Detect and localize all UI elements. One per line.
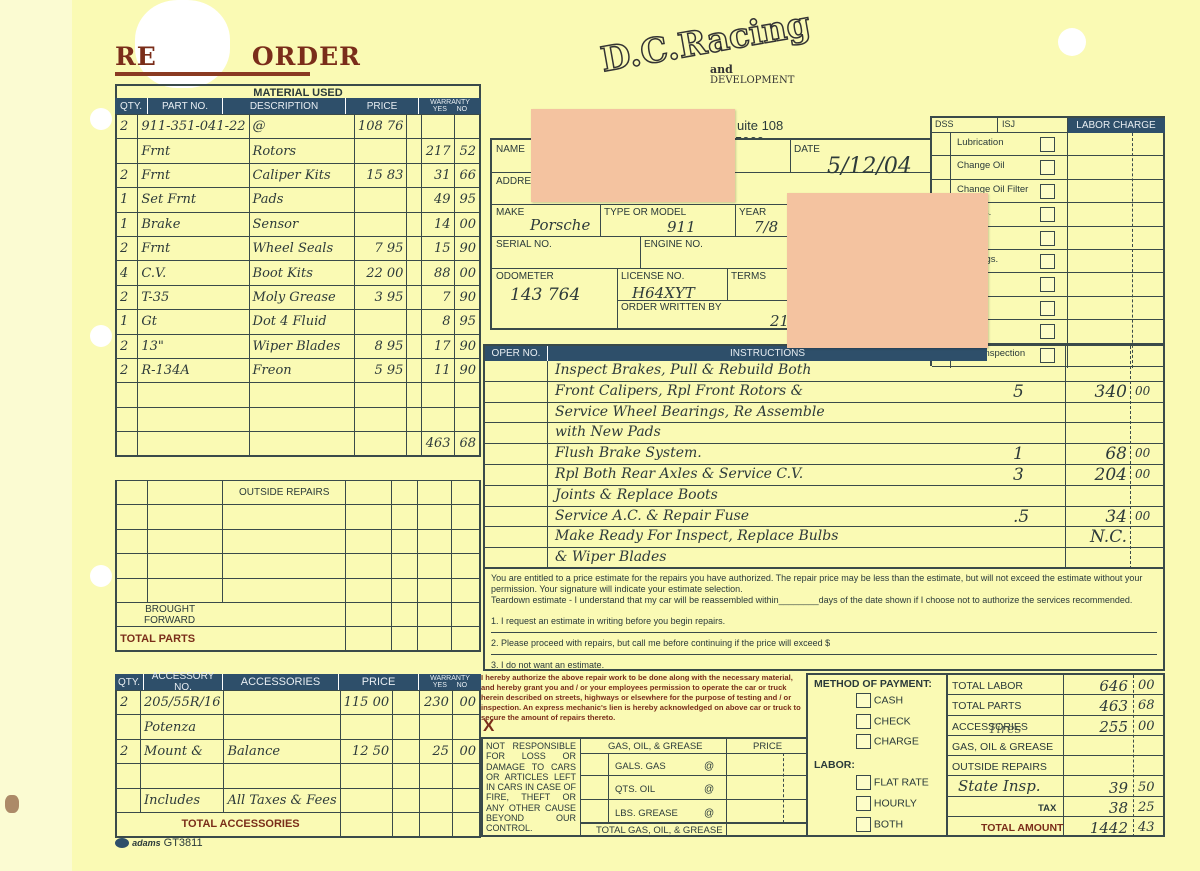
title-underline (115, 72, 310, 76)
material-amount-cents (454, 407, 480, 431)
material-price: 5 95 (354, 358, 407, 382)
shop-logo: D.C.Racing and DEVELOPMENT (600, 25, 780, 105)
material-qty (116, 383, 138, 407)
material-amount-cents: 68 (454, 432, 480, 456)
material-amount-cents (454, 115, 480, 139)
gas-row: GALS. GAS@ (580, 753, 808, 776)
labor-charge-header: LABOR CHARGE (1067, 118, 1165, 133)
totals-cents: 25 (1138, 800, 1155, 815)
labor-cents: 00 (1135, 467, 1150, 481)
material-price (354, 139, 407, 163)
accessory-accessories: Balance (224, 739, 340, 763)
material-description: Moly Grease (249, 285, 354, 309)
material-part-no: Frnt (138, 163, 249, 187)
totals-value: 38 (1068, 799, 1128, 817)
signature-x-mark[interactable]: X (483, 716, 494, 736)
accessory-price (340, 788, 393, 812)
labor-type-checkbox[interactable] (856, 775, 871, 790)
material-qty (116, 432, 138, 456)
outside-repairs-label: OUTSIDE REPAIRS (223, 481, 346, 505)
instruction-line: Rpl Both Rear Axles & Service C.V. 3 204… (485, 465, 1163, 486)
accessory-amount-cents: 00 (452, 739, 480, 763)
material-amount-cents: 90 (454, 285, 480, 309)
labor-type-checkbox[interactable] (856, 796, 871, 811)
checklist-checkbox[interactable] (1040, 301, 1055, 316)
material-description: Wheel Seals (249, 236, 354, 260)
instruction-line: Make Ready For Inspect, Replace Bulbs N.… (485, 527, 1163, 548)
accessory-row: 2Mount &Balance12 502500 (116, 739, 480, 763)
redaction-sticky-1 (531, 109, 735, 202)
form-footer: adams GT3811 (115, 837, 203, 849)
total-accessories-label: TOTAL ACCESSORIES (116, 812, 340, 836)
totals-row: ACCESSORIES Tires 255 00 (948, 716, 1163, 736)
accessory-acc-no: Potenza (141, 715, 224, 739)
labor-hours: 3 (1013, 465, 1024, 485)
make-value: Porsche (530, 216, 590, 234)
material-amount: 8 (421, 310, 454, 334)
odometer-value: 143 764 (510, 285, 580, 305)
payment-checkbox[interactable] (856, 693, 871, 708)
accessory-amount: 230 (419, 691, 452, 715)
totals-cents: 50 (1138, 780, 1155, 795)
material-description: Boot Kits (249, 261, 354, 285)
labor-hours: 5 (1013, 382, 1024, 402)
material-part-no: T-35 (138, 285, 249, 309)
totals-cents: 00 (1138, 719, 1155, 734)
material-qty: 2 (116, 358, 138, 382)
totals-value: 1442 (1068, 819, 1128, 837)
material-part-no: Gt (138, 310, 249, 334)
accessory-qty: 2 (116, 739, 141, 763)
material-amount: 463 (421, 432, 454, 456)
labor-charge: 34 (1075, 507, 1127, 527)
accessory-accessories (224, 764, 340, 788)
material-row: 1GtDot 4 Fluid895 (116, 310, 480, 334)
material-description: Wiper Blades (249, 334, 354, 358)
stain-mark (5, 795, 19, 813)
material-part-no: 13" (138, 334, 249, 358)
material-amount-cents: 00 (454, 261, 480, 285)
material-price-cents (407, 334, 422, 358)
material-amount-cents: 95 (454, 310, 480, 334)
payment-checkbox[interactable] (856, 714, 871, 729)
redaction-sticky-2 (787, 193, 988, 348)
material-part-no (138, 407, 249, 431)
material-price-cents (407, 212, 422, 236)
material-row: 2T-35Moly Grease3 95790 (116, 285, 480, 309)
form-title: REORDER (115, 42, 361, 71)
accessory-amount-cents (452, 788, 480, 812)
outside-repairs-block: OUTSIDE REPAIRS BROUGHT FORWARD TOTAL PA… (115, 480, 481, 652)
labor-type-option[interactable]: FLAT RATE (856, 775, 929, 790)
instruction-line: Service A.C. & Repair Fuse .5 34 00 (485, 507, 1163, 528)
totals-row: TOTAL AMOUNT 1442 43 (948, 817, 1163, 837)
checklist-item: Lubrication (932, 133, 1163, 156)
material-row (116, 407, 480, 431)
material-price (354, 212, 407, 236)
labor-charge: 68 (1075, 444, 1127, 464)
checklist-checkbox[interactable] (1040, 277, 1055, 292)
material-price-cents (407, 407, 422, 431)
material-price (354, 432, 407, 456)
checklist-item: Change Oil (932, 156, 1163, 179)
accessory-price-cents (393, 715, 419, 739)
material-price-cents (407, 139, 422, 163)
material-qty: 2 (116, 285, 138, 309)
accessory-row: IncludesAll Taxes & Fees (116, 788, 480, 812)
material-description: Caliper Kits (249, 163, 354, 187)
accessory-price-cents (393, 691, 419, 715)
instruction-line: with New Pads (485, 423, 1163, 444)
totals-row: State Insp. 39 50 (948, 777, 1163, 797)
material-qty: 1 (116, 212, 138, 236)
instruction-line: Inspect Brakes, Pull & Rebuild Both (485, 361, 1163, 382)
material-qty: 4 (116, 261, 138, 285)
accessory-qty (116, 764, 141, 788)
material-amount (421, 407, 454, 431)
brought-forward-label: BROUGHT FORWARD (116, 602, 346, 626)
material-price-cents (407, 236, 422, 260)
material-part-no: Frnt (138, 139, 249, 163)
material-part-no: Set Frnt (138, 188, 249, 212)
binder-hole-right (1058, 28, 1086, 56)
material-amount-cents: 95 (454, 188, 480, 212)
total-parts-label: TOTAL PARTS (116, 627, 346, 651)
disclaimer-text: NOT RESPONSIBLE FOR LOSS OR DAMAGE TO CA… (486, 741, 576, 834)
accessories-rows: 2205/55R/16115 0023000Potenza2Mount &Bal… (115, 690, 481, 838)
accessory-amount-cents: 00 (452, 691, 480, 715)
material-price: 3 95 (354, 285, 407, 309)
material-price-cents (407, 285, 422, 309)
checklist-checkbox[interactable] (1040, 184, 1055, 199)
material-row: 2FrntWheel Seals7 951590 (116, 236, 480, 260)
material-description: Freon (249, 358, 354, 382)
material-part-no: R-134A (138, 358, 249, 382)
material-price: 8 95 (354, 334, 407, 358)
instruction-line: Flush Brake System. 1 68 00 (485, 444, 1163, 465)
material-qty: 1 (116, 188, 138, 212)
material-price-cents (407, 163, 422, 187)
material-amount: 15 (421, 236, 454, 260)
payment-option[interactable]: CHECK (856, 714, 911, 729)
material-used-table: MATERIAL USED QTY. PART NO. DESCRIPTION … (115, 84, 481, 457)
accessory-accessories (224, 691, 340, 715)
adams-logo-icon (115, 838, 129, 848)
labor-type-checkbox[interactable] (856, 817, 871, 832)
material-amount-cents (454, 383, 480, 407)
material-price: 22 00 (354, 261, 407, 285)
labor-cents: 00 (1135, 509, 1150, 523)
material-price (354, 188, 407, 212)
material-part-no (138, 383, 249, 407)
material-price-cents (407, 188, 422, 212)
model-value: 911 (667, 218, 696, 236)
binder-hole-top (90, 108, 112, 130)
material-section-title: MATERIAL USED (115, 84, 481, 98)
accessory-accessories (224, 715, 340, 739)
accessory-qty (116, 788, 141, 812)
checklist-checkbox[interactable] (1040, 207, 1055, 222)
accessory-row: Potenza (116, 715, 480, 739)
material-price-cents (407, 115, 422, 139)
accessory-price: 115 00 (340, 691, 393, 715)
material-row: 46368 (116, 432, 480, 456)
checklist-checkbox[interactable] (1040, 254, 1055, 269)
material-description (249, 432, 354, 456)
material-price-cents (407, 358, 422, 382)
material-amount-cents: 90 (454, 334, 480, 358)
totals-cents: 68 (1138, 698, 1155, 713)
labor-type-option[interactable]: HOURLY (856, 796, 917, 811)
material-amount-cents: 52 (454, 139, 480, 163)
payment-option[interactable]: CHARGE (856, 734, 919, 749)
accessory-amount: 25 (419, 739, 452, 763)
accessory-price-cents (393, 764, 419, 788)
material-price: 7 95 (354, 236, 407, 260)
instruction-line: Joints & Replace Boots (485, 486, 1163, 507)
labor-hours: 1 (1013, 444, 1024, 464)
totals-row: TAX 38 25 (948, 797, 1163, 817)
accessory-price-cents (393, 739, 419, 763)
accessory-acc-no: Mount & (141, 739, 224, 763)
accessory-amount (419, 764, 452, 788)
material-part-no: C.V. (138, 261, 249, 285)
accessory-amount-cents (452, 764, 480, 788)
material-amount: 31 (421, 163, 454, 187)
material-part-no (138, 432, 249, 456)
material-qty: 1 (116, 310, 138, 334)
totals-cents: 43 (1138, 820, 1155, 835)
binder-hole-bottom (90, 565, 112, 587)
labor-charge: 204 (1075, 465, 1127, 485)
estimate-section: You are entitled to a price estimate for… (483, 569, 1165, 671)
accessory-price (340, 764, 393, 788)
accessories-header-row: QTY. ACCESSORY NO. ACCESSORIES PRICE WAR… (115, 674, 481, 690)
gas-row: QTS. OIL@ (580, 776, 808, 799)
gas-row: LBS. GREASE@ (580, 800, 808, 823)
material-amount (421, 383, 454, 407)
material-row: 213"Wiper Blades8 951790 (116, 334, 480, 358)
labor-type-option[interactable]: BOTH (856, 817, 903, 832)
material-row: FrntRotors21752 (116, 139, 480, 163)
material-part-no: Frnt (138, 236, 249, 260)
material-amount (421, 115, 454, 139)
material-amount: 7 (421, 285, 454, 309)
accessory-acc-no (141, 764, 224, 788)
instruction-line: Front Calipers, Rpl Front Rotors & 5 340… (485, 382, 1163, 403)
estimate-option-1[interactable]: 1. I request an estimate in writing befo… (491, 616, 1157, 633)
accessory-amount (419, 788, 452, 812)
totals-value: 39 (1068, 779, 1128, 797)
estimate-option-3[interactable]: 3. I do not want an estimate. (491, 660, 1157, 671)
accessory-price-cents (393, 788, 419, 812)
material-row: 2911-351-041-22@108 76 (116, 115, 480, 139)
material-part-no: Brake (138, 212, 249, 236)
material-amount: 88 (421, 261, 454, 285)
labor-charge: N.C. (1075, 527, 1127, 547)
material-amount: 14 (421, 212, 454, 236)
material-amount: 217 (421, 139, 454, 163)
totals-box: TOTAL LABOR 646 00TOTAL PARTS 463 68ACCE… (946, 673, 1165, 837)
labor-cents: 00 (1135, 446, 1150, 460)
labor-charge: 340 (1075, 382, 1127, 402)
material-header-row: QTY. PART NO. DESCRIPTION PRICE WARRANTY… (115, 98, 481, 114)
date-value: 5/12/04 (827, 154, 912, 179)
material-price-cents (407, 383, 422, 407)
checklist-checkbox[interactable] (1040, 160, 1055, 175)
accessory-amount-cents (452, 715, 480, 739)
labor-hours: .5 (1013, 507, 1029, 527)
material-description: Dot 4 Fluid (249, 310, 354, 334)
instruction-line: & Wiper Blades (485, 548, 1163, 569)
accessory-qty (116, 715, 141, 739)
totals-row: TOTAL LABOR 646 00 (948, 675, 1163, 695)
material-row: 1Set FrntPads4995 (116, 188, 480, 212)
accessory-row: 2205/55R/16115 0023000 (116, 691, 480, 715)
authorization-text: I hereby authorize the above repair work… (481, 673, 806, 723)
accessory-qty: 2 (116, 691, 141, 715)
checklist-checkbox[interactable] (1040, 137, 1055, 152)
material-price: 15 83 (354, 163, 407, 187)
totals-row: TOTAL PARTS 463 68 (948, 695, 1163, 715)
totals-row: GAS, OIL & GREASE (948, 736, 1163, 756)
material-row: 4C.V.Boot Kits22 008800 (116, 261, 480, 285)
material-qty: 2 (116, 334, 138, 358)
material-qty (116, 139, 138, 163)
material-qty: 2 (116, 236, 138, 260)
material-amount-cents: 90 (454, 236, 480, 260)
material-amount-cents: 66 (454, 163, 480, 187)
material-price-cents (407, 432, 422, 456)
material-price-cents (407, 261, 422, 285)
material-qty: 2 (116, 115, 138, 139)
accessory-price (340, 715, 393, 739)
material-price (354, 383, 407, 407)
totals-value: 646 (1068, 677, 1128, 695)
material-description: Rotors (249, 139, 354, 163)
accessory-amount (419, 715, 452, 739)
material-price: 108 76 (354, 115, 407, 139)
material-amount: 11 (421, 358, 454, 382)
material-amount: 17 (421, 334, 454, 358)
payment-method-box: METHOD OF PAYMENT: CASH CHECK CHARGE LAB… (806, 673, 946, 837)
material-row: 2FrntCaliper Kits15 833166 (116, 163, 480, 187)
binder-hole-mid (90, 325, 112, 347)
material-amount-cents: 90 (454, 358, 480, 382)
accessory-acc-no: Includes (141, 788, 224, 812)
checklist-checkbox[interactable] (1040, 231, 1055, 246)
labor-cents: 00 (1135, 384, 1150, 398)
material-description: Sensor (249, 212, 354, 236)
accessory-acc-no: 205/55R/16 (141, 691, 224, 715)
material-amount: 49 (421, 188, 454, 212)
material-price (354, 407, 407, 431)
estimate-option-2[interactable]: 2. Please proceed with repairs, but call… (491, 638, 1157, 655)
payment-option[interactable]: CASH (856, 693, 903, 708)
material-row (116, 383, 480, 407)
material-description: Pads (249, 188, 354, 212)
instructions-table: OPER NO. INSTRUCTIONS Inspect Brakes, Pu… (483, 344, 1165, 569)
material-amount-cents: 00 (454, 212, 480, 236)
material-description (249, 383, 354, 407)
accessory-accessories: All Taxes & Fees (224, 788, 340, 812)
material-qty (116, 407, 138, 431)
payment-checkbox[interactable] (856, 734, 871, 749)
material-row: 2R-134AFreon5 951190 (116, 358, 480, 382)
material-row: 1BrakeSensor1400 (116, 212, 480, 236)
material-rows: 2911-351-041-22@108 76FrntRotors217522Fr… (115, 114, 481, 457)
totals-cents: 00 (1138, 678, 1155, 693)
accessory-row (116, 764, 480, 788)
accessory-price: 12 50 (340, 739, 393, 763)
accessories-table: QTY. ACCESSORY NO. ACCESSORIES PRICE WAR… (115, 674, 481, 838)
totals-row: OUTSIDE REPAIRS (948, 756, 1163, 776)
gas-oil-section: NOT RESPONSIBLE FOR LOSS OR DAMAGE TO CA… (481, 737, 806, 837)
totals-value: 463 (1068, 697, 1128, 715)
material-price-cents (407, 310, 422, 334)
checklist-checkbox[interactable] (1040, 324, 1055, 339)
material-part-no: 911-351-041-22 (138, 115, 249, 139)
totals-value: 255 (1068, 718, 1128, 736)
material-qty: 2 (116, 163, 138, 187)
material-description: @ (249, 115, 354, 139)
year-value: 7/8 (754, 218, 778, 236)
instruction-line: Service Wheel Bearings, Re Assemble (485, 403, 1163, 424)
material-description (249, 407, 354, 431)
material-price (354, 310, 407, 334)
